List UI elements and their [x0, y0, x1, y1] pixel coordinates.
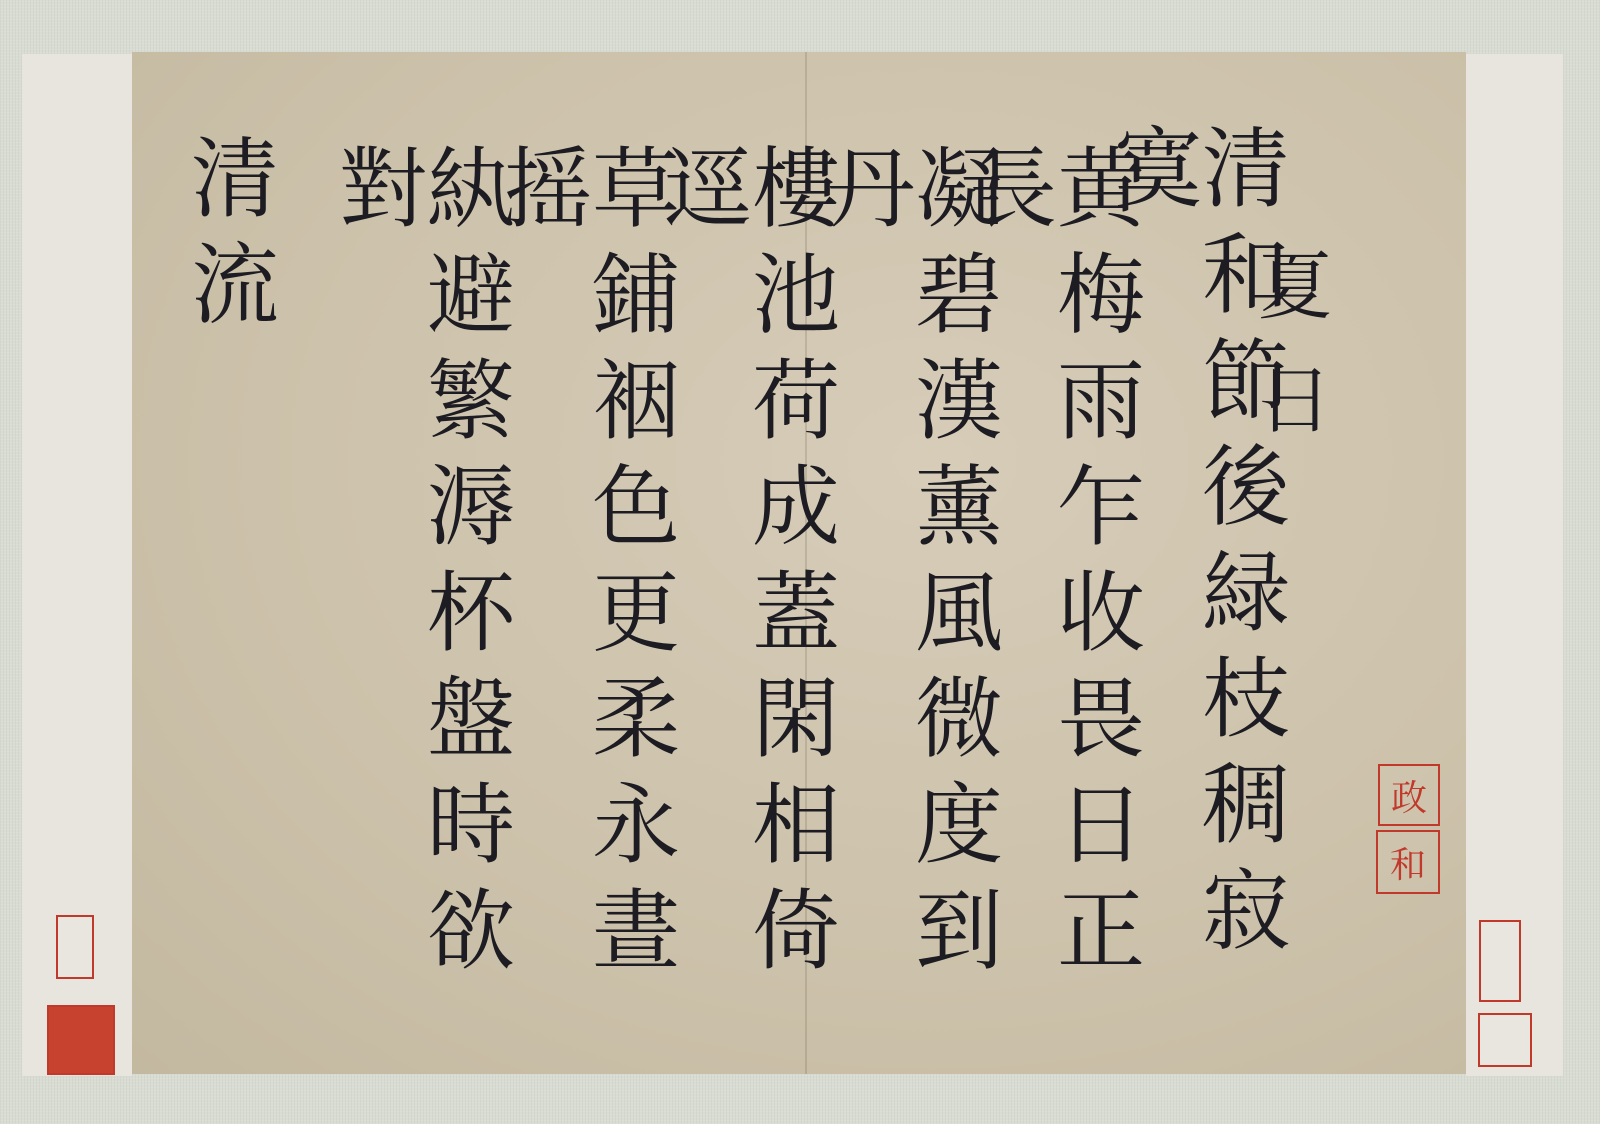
- poem-column-5: 草鋪裀色更柔永晝摇: [497, 142, 673, 1074]
- seal-zheng: 政: [1378, 764, 1440, 826]
- calligraphy-paper: 夏日 清和節後緑枝稠寂寞 黄梅雨乍收畏日正長 凝碧漢薰風微度到丹 樓池荷成蓋閑相…: [132, 52, 1466, 1074]
- collector-seal-left-lower: [47, 1005, 115, 1075]
- poem-column-3: 凝碧漢薰風微度到丹: [820, 142, 996, 1074]
- poem-column-4: 樓池荷成蓋閑相倚逕: [657, 142, 833, 1074]
- collector-seal-right-upper: [1479, 920, 1521, 1002]
- poem-column-7: 清流: [184, 132, 272, 344]
- collector-seal-right-lower: [1478, 1013, 1532, 1067]
- seal-he: 和: [1376, 830, 1440, 894]
- collector-seal-left-upper: [56, 915, 94, 979]
- poem-column-6: 紈避繁溽杯盤時欲對: [332, 142, 508, 1074]
